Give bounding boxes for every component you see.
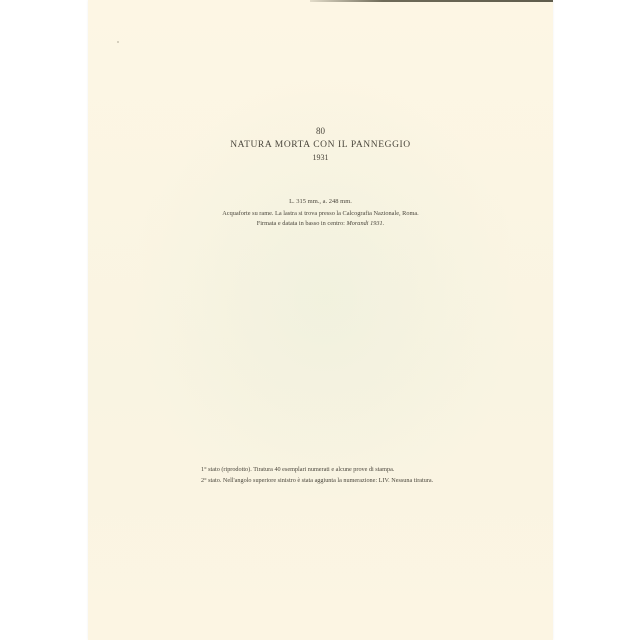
catalog-page: 80 NATURA MORTA CON IL PANNEGGIO 1931 L.…	[88, 0, 553, 640]
signature-value: Morandi 1931.	[346, 220, 384, 227]
paper-speck	[117, 41, 119, 43]
artwork-dimensions: L. 315 mm., a. 248 mm.	[88, 198, 553, 205]
page-top-edge-shadow	[310, 0, 553, 2]
state-note-2: 2° stato. Nell'angolo superiore sinistro…	[201, 477, 433, 484]
artwork-year: 1931	[88, 153, 553, 162]
signature-prefix: Firmata e datata in basso in centro:	[257, 220, 347, 227]
artwork-title: NATURA MORTA CON IL PANNEGGIO	[88, 140, 553, 150]
signature-description: Firmata e datata in basso in centro: Mor…	[88, 220, 553, 227]
state-note-1: 1° stato (riprodotto). Tiratura 40 esemp…	[201, 466, 394, 473]
catalog-number: 80	[88, 126, 553, 136]
technique-description: Acquaforte su rame. La lastra si trova p…	[88, 210, 553, 217]
